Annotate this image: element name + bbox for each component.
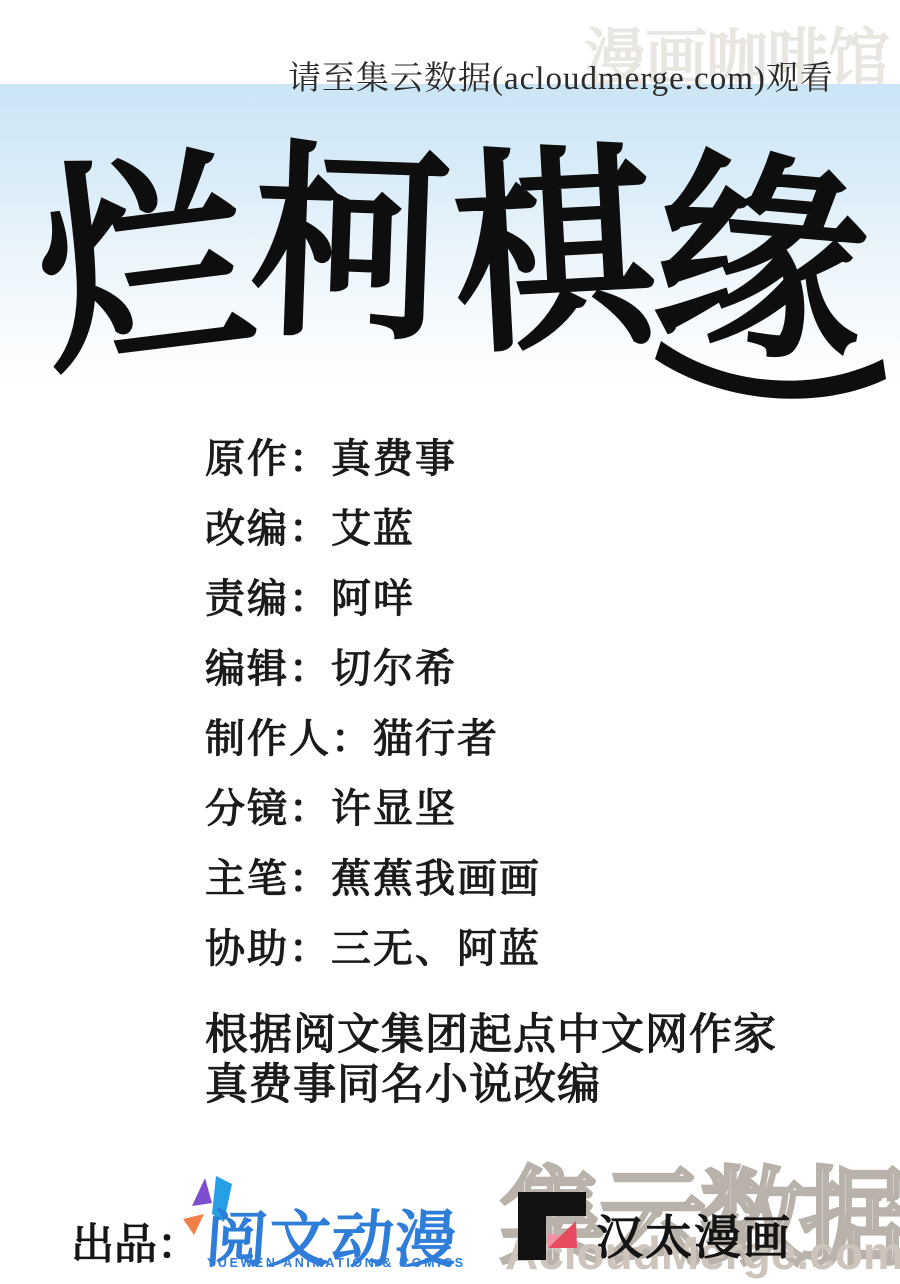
adaptation-note: 根据阅文集团起点中文网作家 真费事同名小说改编: [205, 1010, 777, 1110]
hantai-comics-logo-text: 汉太漫画: [596, 1201, 792, 1268]
credits-list: 原作：真费事 改编：艾蓝 责编：阿咩 编辑：切尔希 制作人：猫行者 分镜：许显坚…: [205, 424, 541, 984]
comic-credits-page: 漫画咖啡馆 请至集云数据(acloudmerge.com)观看 烂柯棋缘 原作：…: [0, 0, 900, 1284]
credit-row-original-author: 原作：真费事: [205, 424, 541, 494]
title-char-2: 柯: [248, 138, 452, 354]
credit-row-storyboard: 分镜：许显坚: [205, 774, 541, 844]
credit-row-assistants: 协助：三无、阿蓝: [205, 914, 541, 984]
credit-row-editor: 编辑：切尔希: [205, 634, 541, 704]
credit-row-producer: 制作人：猫行者: [205, 704, 541, 774]
adaptation-note-line2: 真费事同名小说改编: [205, 1060, 777, 1110]
hantai-logo-icon: [518, 1192, 586, 1260]
credit-row-chief-editor: 责编：阿咩: [205, 564, 541, 634]
adaptation-note-line1: 根据阅文集团起点中文网作家: [205, 1010, 777, 1060]
view-source-notice: 请至集云数据(acloudmerge.com)观看: [288, 52, 834, 99]
credit-row-adaptation: 改编：艾蓝: [205, 494, 541, 564]
brush-stroke-swoosh: [655, 335, 890, 413]
yuewen-animation-logo-subtitle: YUEWEN ANIMATION & COMICS: [207, 1256, 466, 1270]
title-char-3: 棋: [447, 140, 659, 368]
credit-row-lead-artist: 主笔：蕉蕉我画画: [205, 844, 541, 914]
title-char-1: 烂: [26, 142, 261, 387]
